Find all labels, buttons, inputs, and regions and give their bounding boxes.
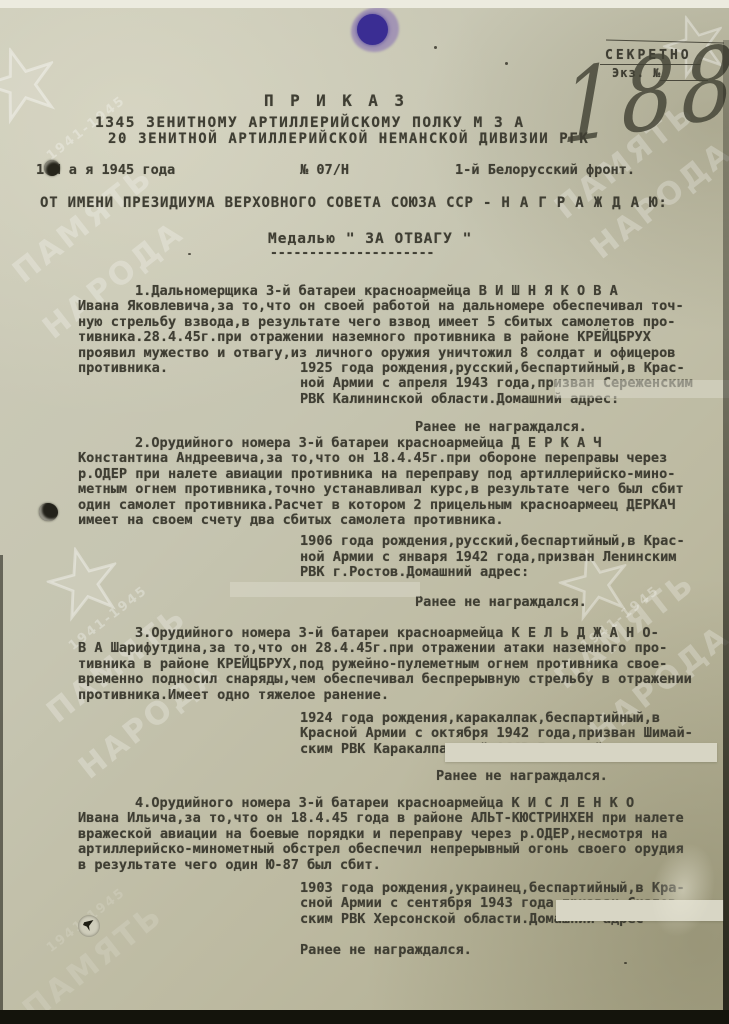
citation: 4.Орудийного номера 3-й батареи красноар…: [78, 796, 718, 873]
citation: 2.Орудийного номера 3-й батареи красноар…: [78, 436, 718, 528]
order-number: № 07/Н: [300, 163, 349, 178]
citation-line: один самолет противника.Расчет в котором…: [78, 498, 718, 513]
watermark-star-icon: [0, 36, 68, 129]
prior-awards-note: Ранее не награждался.: [436, 769, 718, 784]
scan-edge-top: [0, 0, 729, 8]
hole-punch: [78, 915, 100, 937]
citation-line: тивника в районе КРЕЙЦБРУХ,под ружейно-п…: [78, 657, 718, 672]
citation-line: Ивана Яковлевича,за то,что он своей рабо…: [78, 299, 718, 314]
bio-line: 1906 года рождения,русский,беспартийный,…: [300, 534, 718, 549]
ink-blot: [357, 14, 388, 45]
paper-speck: [120, 470, 122, 472]
citation: 3.Орудийного номера 3-й батареи красноар…: [78, 626, 718, 703]
scan-edge-right: [723, 40, 729, 1010]
citation-line: 4.Орудийного номера 3-й батареи красноар…: [78, 796, 718, 811]
hole-punch: [39, 503, 58, 521]
citation-line: р.ОДЕР при налете авиации противника на …: [78, 467, 718, 482]
citation-line: 3.Орудийного номера 3-й батареи красноар…: [78, 626, 718, 641]
citation-line: имеет на своем счету два сбитых самолета…: [78, 513, 718, 528]
bio-line: ной Армии с января 1942 года,призван Лен…: [300, 550, 718, 565]
prior-awards-note: Ранее не награждался.: [415, 420, 718, 435]
hole-punch: [44, 160, 60, 176]
paper-speck: [434, 46, 437, 49]
bio-line: 1925 года рождения,русский,беспартийный,…: [300, 361, 718, 376]
redacted-address: [230, 582, 420, 597]
order-title: П Р И К А З: [264, 93, 407, 108]
scan-edge-bottom: [0, 1010, 729, 1024]
citation-line: временно подносил снаряды,чем обеспечива…: [78, 672, 718, 687]
award-entry-2: 2.Орудийного номера 3-й батареи красноар…: [78, 436, 718, 610]
citation-line: ную стрельбу взвода,в результате чего вз…: [78, 315, 718, 330]
citation-line: метным огнем противника,точно устанавлив…: [78, 482, 718, 497]
order-addressee-line1: 1345 ЗЕНИТНОМУ АРТИЛЛЕРИЙСКОМУ ПОЛКУ М З…: [95, 116, 525, 131]
paper-speck: [624, 962, 627, 964]
award-entry-3: 3.Орудийного номера 3-й батареи красноар…: [78, 626, 718, 785]
citation-line: Ивана Ильича,за то,что он 18.4.45 года в…: [78, 811, 718, 826]
redacted-address: [555, 380, 729, 398]
order-front: 1-й Белорусский фронт.: [455, 163, 635, 178]
prior-awards-note: Ранее не награждался.: [415, 595, 718, 610]
bio-line: РВК г.Ростов.Домашний адрес:: [300, 565, 718, 580]
award-entry-1: 1.Дальномерщика 3-й батареи красноармейц…: [78, 284, 718, 436]
medal-heading-underline: ---------------------: [270, 246, 434, 261]
citation-line: в результате чего один Ю-87 был сбит.: [78, 858, 718, 873]
citation-line: вражеской авиации на боевые порядки и пе…: [78, 827, 718, 842]
order-preamble: ОТ ИМЕНИ ПРЕЗИДИУМА ВЕРХОВНОГО СОВЕТА СО…: [40, 196, 668, 211]
bio-line: Красной Армии с октября 1942 года,призва…: [300, 726, 718, 741]
redacted-address: [445, 743, 717, 762]
redacted-address: [556, 900, 724, 921]
citation-line: В А Шарифутдина,за то,что он 28.4.45г.пр…: [78, 641, 718, 656]
scan-edge-left: [0, 555, 3, 1010]
prior-awards-note: Ранее не награждался.: [300, 943, 718, 958]
order-addressee-line2: 20 ЗЕНИТНОЙ АРТИЛЛЕРИЙСКОЙ НЕМАНСКОЙ ДИВ…: [108, 132, 589, 147]
citation-line: проявил мужество и отвагу,из личного ору…: [78, 346, 718, 361]
paper-speck: [505, 62, 508, 65]
document-page: 1941-1945 ПАМЯТЬ НАРОДА ПАМЯТЬ НАРОДА 19…: [0, 0, 729, 1024]
biography: 1906 года рождения,русский,беспартийный,…: [300, 534, 718, 580]
watermark-text: ПАМЯТЬ: [6, 159, 160, 290]
citation-line: артиллерийско-минометный обстрел обеспеч…: [78, 842, 718, 857]
citation-line: противника.Имеет одно тяжелое ранение.: [78, 688, 718, 703]
award-entry-4: 4.Орудийного номера 3-й батареи красноар…: [78, 796, 718, 959]
citation-line: тивника.28.4.45г.при отражении наземного…: [78, 330, 718, 345]
paper-speck: [188, 253, 191, 255]
citation-line: Константина Андреевича,за то,что он 18.4…: [78, 451, 718, 466]
